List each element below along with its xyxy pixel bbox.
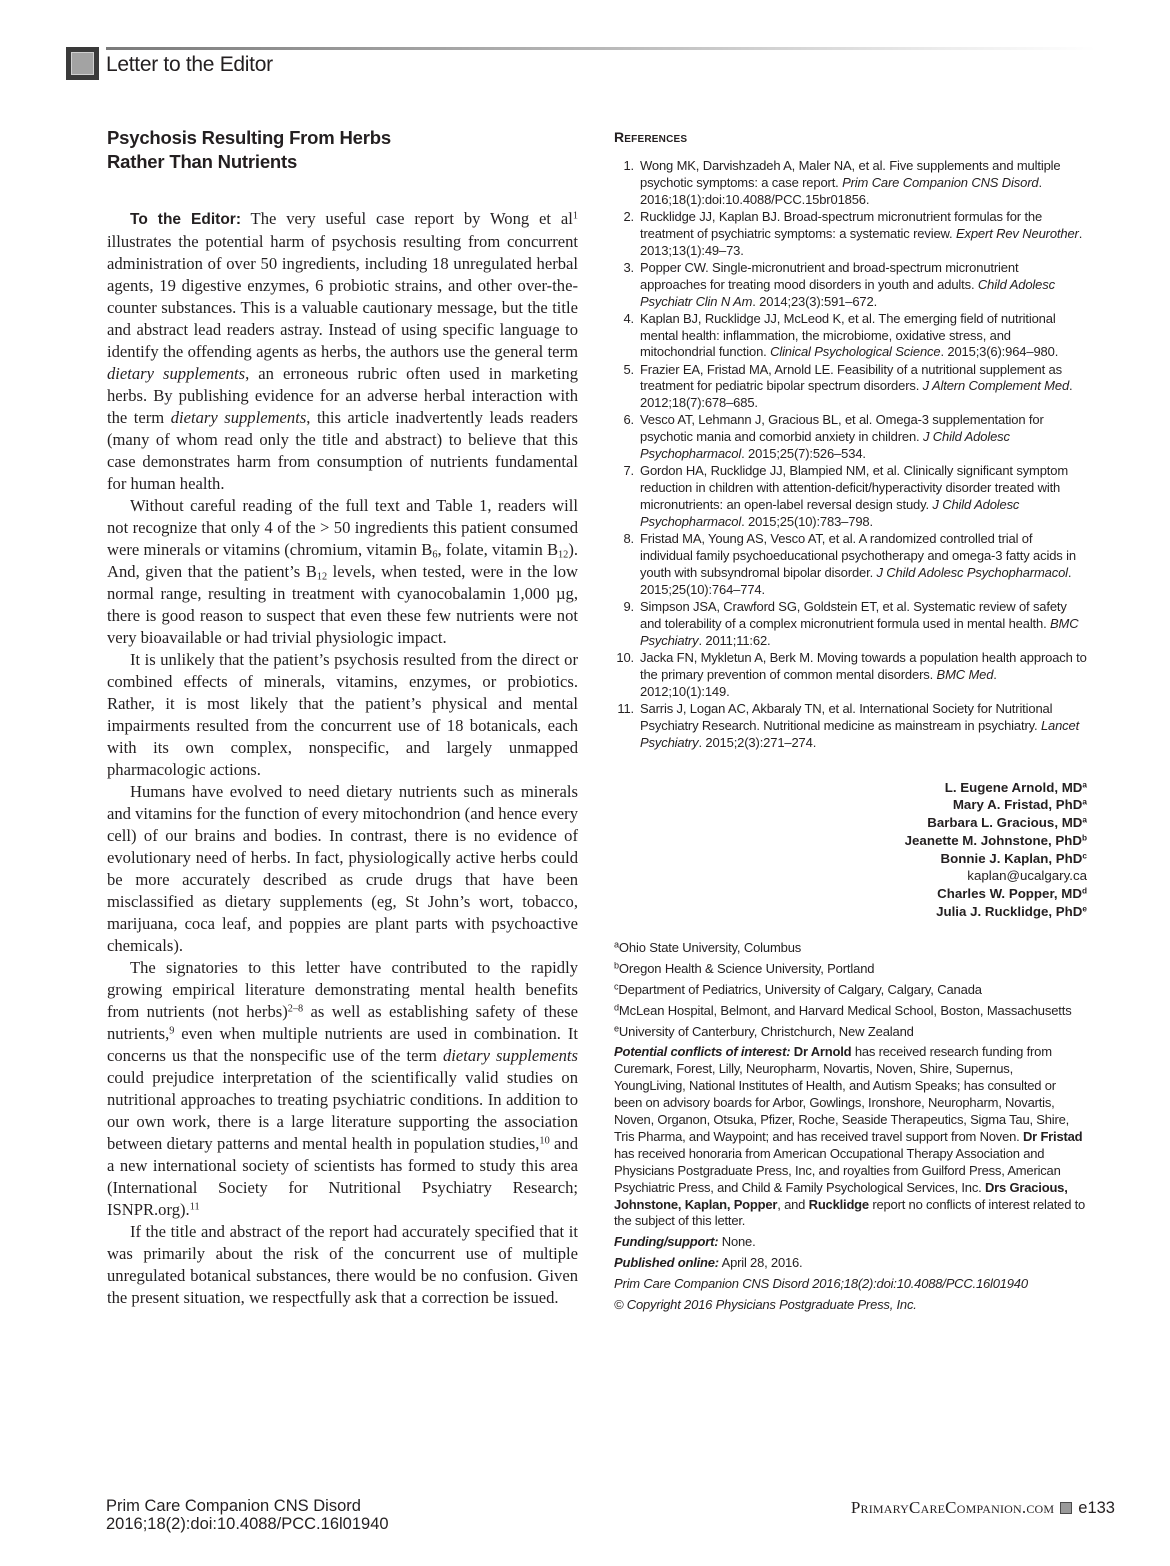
references-column: References 1.Wong MK, Darvishzadeh A, Ma… bbox=[614, 129, 1087, 1318]
reference-item: 2.Rucklidge JJ, Kaplan BJ. Broad-spectru… bbox=[614, 209, 1087, 260]
corresponding-email-link[interactable]: kaplan@ucalgary.ca bbox=[614, 867, 1087, 885]
reference-text: Simpson JSA, Crawford SG, Goldstein ET, … bbox=[640, 599, 1067, 631]
reference-number: 10. bbox=[614, 650, 634, 667]
footer-journal-name: Prim Care Companion CNS Disord bbox=[106, 1497, 389, 1515]
reference-item: 7.Gordon HA, Rucklidge JJ, Blampied NM, … bbox=[614, 463, 1087, 531]
reference-details: . 2014;23(3):591–672. bbox=[752, 294, 877, 309]
reference-journal: J Child Adolesc Psychopharmacol bbox=[877, 565, 1068, 580]
affiliation-marker: b bbox=[1082, 833, 1087, 842]
text: , folate, vitamin B bbox=[438, 540, 559, 559]
published-note: Published online: April 28, 2016. bbox=[614, 1255, 1087, 1272]
reference-list: 1.Wong MK, Darvishzadeh A, Maler NA, et … bbox=[614, 158, 1087, 752]
reference-number: 1. bbox=[614, 158, 634, 175]
conflicts-of-interest: Potential conflicts of interest: Dr Arno… bbox=[614, 1044, 1087, 1230]
author-name: Bonnie J. Kaplan, PhDc bbox=[614, 850, 1087, 868]
conflicts-label: Potential conflicts of interest: bbox=[614, 1044, 790, 1059]
citation-link[interactable]: 1 bbox=[573, 210, 578, 221]
reference-details: . 2015;2(3):271–274. bbox=[698, 735, 816, 750]
author-ref: Dr Fristad bbox=[1023, 1129, 1082, 1144]
text: The very useful case report by Wong et a… bbox=[241, 209, 573, 228]
article-notes: Potential conflicts of interest: Dr Arno… bbox=[614, 1044, 1087, 1314]
affiliation-item: aOhio State University, Columbus bbox=[614, 940, 1087, 957]
author-name: Jeanette M. Johnstone, PhDb bbox=[614, 832, 1087, 850]
affiliation-text: University of Canterbury, Christchurch, … bbox=[619, 1024, 914, 1039]
reference-number: 3. bbox=[614, 260, 634, 277]
reference-item: 11.Sarris J, Logan AC, Akbaraly TN, et a… bbox=[614, 701, 1087, 752]
section-marker-icon bbox=[66, 47, 99, 80]
author-name-text: Barbara L. Gracious, MD bbox=[927, 815, 1082, 830]
funding-value: None. bbox=[718, 1234, 755, 1249]
author-name: Julia J. Rucklidge, PhDe bbox=[614, 903, 1087, 921]
text: illustrates the potential harm of psycho… bbox=[107, 232, 578, 361]
reference-number: 5. bbox=[614, 362, 634, 379]
reference-details: . 2015;25(10):783–798. bbox=[741, 514, 873, 529]
article-title: Psychosis Resulting From Herbs Rather Th… bbox=[107, 126, 578, 174]
paragraph-1: To the Editor: The very useful case repo… bbox=[107, 208, 578, 495]
paragraph-5: The signatories to this letter have cont… bbox=[107, 957, 578, 1221]
paragraph-2: Without careful reading of the full text… bbox=[107, 495, 578, 649]
affiliation-marker: a bbox=[1082, 816, 1087, 825]
reference-number: 8. bbox=[614, 531, 634, 548]
separator-square-icon bbox=[1060, 1502, 1072, 1514]
author-name: L. Eugene Arnold, MDa bbox=[614, 779, 1087, 797]
paragraph-6: If the title and abstract of the report … bbox=[107, 1221, 578, 1309]
affiliation-marker: d bbox=[1082, 887, 1087, 896]
author-name: Mary A. Fristad, PhDa bbox=[614, 796, 1087, 814]
affiliation-text: Ohio State University, Columbus bbox=[619, 940, 801, 955]
footer-site-link[interactable]: PrimaryCareCompanion.com bbox=[851, 1498, 1054, 1518]
emphasis: dietary supplements bbox=[171, 408, 307, 427]
page-number: e133 bbox=[1078, 1499, 1115, 1518]
text: , and bbox=[777, 1197, 808, 1212]
paragraph-4: Humans have evolved to need dietary nutr… bbox=[107, 781, 578, 957]
reference-item: 5.Frazier EA, Fristad MA, Arnold LE. Fea… bbox=[614, 362, 1087, 413]
references-heading: References bbox=[614, 129, 1087, 146]
reference-number: 7. bbox=[614, 463, 634, 480]
citation-link[interactable]: 2–8 bbox=[288, 1003, 303, 1014]
reference-number: 11. bbox=[614, 701, 634, 718]
published-date: April 28, 2016. bbox=[719, 1255, 803, 1270]
reference-details: . 2011;11:62. bbox=[698, 633, 770, 648]
footer-doi: 2016;18(2):doi:10.4088/PCC.16l01940 bbox=[106, 1515, 389, 1533]
reference-text: Popper CW. Single-micronutrient and broa… bbox=[640, 260, 1018, 292]
author-list: L. Eugene Arnold, MDa Mary A. Fristad, P… bbox=[614, 779, 1087, 921]
reference-item: 1.Wong MK, Darvishzadeh A, Maler NA, et … bbox=[614, 158, 1087, 209]
author-name-text: L. Eugene Arnold, MD bbox=[945, 780, 1083, 795]
reference-item: 4.Kaplan BJ, Rucklidge JJ, McLeod K, et … bbox=[614, 311, 1087, 362]
header-rule bbox=[106, 47, 1096, 50]
affiliation-item: bOregon Health & Science University, Por… bbox=[614, 961, 1087, 978]
emphasis: dietary supplements bbox=[107, 364, 245, 383]
author-name: Charles W. Popper, MDd bbox=[614, 885, 1087, 903]
subscript: 12 bbox=[317, 572, 327, 583]
text: could prejudice interpretation of the sc… bbox=[107, 1068, 578, 1153]
copyright-line: © Copyright 2016 Physicians Postgraduate… bbox=[614, 1297, 1087, 1314]
title-line-2: Rather Than Nutrients bbox=[107, 151, 297, 172]
published-label: Published online: bbox=[614, 1255, 719, 1270]
reference-number: 6. bbox=[614, 412, 634, 429]
reference-text: Jacka FN, Mykletun A, Berk M. Moving tow… bbox=[640, 650, 1087, 682]
reference-journal: Prim Care Companion CNS Disord bbox=[842, 175, 1038, 190]
reference-journal: Expert Rev Neurother bbox=[956, 226, 1079, 241]
emphasis: dietary supplements bbox=[443, 1046, 578, 1065]
reference-item: 6.Vesco AT, Lehmann J, Gracious BL, et a… bbox=[614, 412, 1087, 463]
funding-note: Funding/support: None. bbox=[614, 1234, 1087, 1251]
author-name: Barbara L. Gracious, MDa bbox=[614, 814, 1087, 832]
affiliation-list: aOhio State University, Columbus bOregon… bbox=[614, 940, 1087, 1041]
affiliation-marker: a bbox=[1082, 780, 1087, 789]
reference-item: 8.Fristad MA, Young AS, Vesco AT, et al.… bbox=[614, 531, 1087, 599]
letter-column: Psychosis Resulting From Herbs Rather Th… bbox=[107, 126, 578, 1309]
author-name-text: Julia J. Rucklidge, PhD bbox=[936, 904, 1082, 919]
title-line-1: Psychosis Resulting From Herbs bbox=[107, 127, 391, 148]
paragraph-3: It is unlikely that the patient’s psycho… bbox=[107, 649, 578, 781]
affiliation-item: eUniversity of Canterbury, Christchurch,… bbox=[614, 1024, 1087, 1041]
reference-journal: BMC Med bbox=[937, 667, 994, 682]
reference-item: 9.Simpson JSA, Crawford SG, Goldstein ET… bbox=[614, 599, 1087, 650]
affiliation-marker: a bbox=[1082, 798, 1087, 807]
citation-line: Prim Care Companion CNS Disord 2016;18(2… bbox=[614, 1276, 1087, 1293]
author-name-text: Bonnie J. Kaplan, PhD bbox=[941, 851, 1083, 866]
footer-journal-citation: Prim Care Companion CNS Disord 2016;18(2… bbox=[106, 1497, 389, 1533]
funding-label: Funding/support: bbox=[614, 1234, 718, 1249]
citation-link[interactable]: 11 bbox=[190, 1201, 200, 1212]
reference-details: . 2015;3(6):964–980. bbox=[940, 344, 1058, 359]
author-ref: Dr Arnold bbox=[794, 1044, 852, 1059]
letter-body: To the Editor: The very useful case repo… bbox=[107, 208, 578, 1309]
affiliation-text: McLean Hospital, Belmont, and Harvard Me… bbox=[619, 1003, 1072, 1018]
subscript: 12 bbox=[558, 550, 568, 561]
section-title: Letter to the Editor bbox=[106, 53, 273, 77]
author-name-text: Charles W. Popper, MD bbox=[937, 886, 1082, 901]
reference-item: 10.Jacka FN, Mykletun A, Berk M. Moving … bbox=[614, 650, 1087, 701]
citation-link[interactable]: 10 bbox=[539, 1135, 549, 1146]
affiliation-item: cDepartment of Pediatrics, University of… bbox=[614, 982, 1087, 999]
author-name-text: Jeanette M. Johnstone, PhD bbox=[905, 833, 1082, 848]
reference-item: 3.Popper CW. Single-micronutrient and br… bbox=[614, 260, 1087, 311]
affiliation-text: Department of Pediatrics, University of … bbox=[618, 982, 981, 997]
reference-number: 4. bbox=[614, 311, 634, 328]
reference-text: Sarris J, Logan AC, Akbaraly TN, et al. … bbox=[640, 701, 1052, 733]
affiliation-marker: e bbox=[1082, 905, 1087, 914]
reference-number: 9. bbox=[614, 599, 634, 616]
reference-details: . 2015;25(7):526–534. bbox=[741, 446, 866, 461]
reference-journal: J Altern Complement Med bbox=[923, 378, 1069, 393]
author-name-text: Mary A. Fristad, PhD bbox=[953, 797, 1083, 812]
affiliation-marker: c bbox=[1082, 851, 1087, 860]
reference-number: 2. bbox=[614, 209, 634, 226]
affiliation-text: Oregon Health & Science University, Port… bbox=[619, 961, 874, 976]
author-ref: Rucklidge bbox=[809, 1197, 869, 1212]
footer-page-info: PrimaryCareCompanion.com e133 bbox=[851, 1498, 1115, 1518]
reference-journal: Clinical Psychological Science bbox=[770, 344, 940, 359]
affiliation-item: dMcLean Hospital, Belmont, and Harvard M… bbox=[614, 1003, 1087, 1020]
lead-in: To the Editor: bbox=[130, 211, 241, 228]
